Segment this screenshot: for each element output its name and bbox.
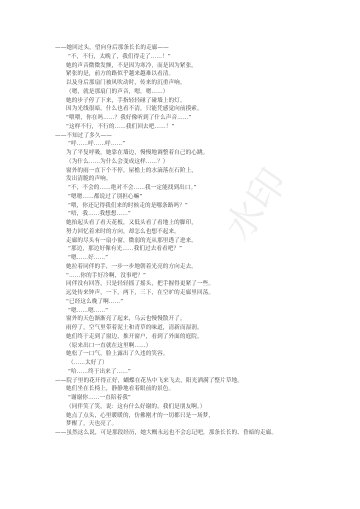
text-line: “……你的手好冷啊，没事吧？” <box>55 272 313 281</box>
text-line: “这样不行，不行的……我们回去吧……！” <box>55 123 313 132</box>
text-line: “哈……终于出来了……” <box>55 368 313 377</box>
text-line: 为了平复呼吸，她靠在墙边，慢慢地调整着自己的心跳。 <box>55 149 313 158</box>
text-line: 她松了一口气，脸上露出了久违的笑容。 <box>55 350 313 359</box>
text-line: 同伴没有回答，只是轻轻摇了摇头，把手握得更紧了一些。 <box>55 280 313 289</box>
text-line: （同伴笑了笑，说：这有什么好谢的，我们是朋友啊。） <box>55 403 313 412</box>
text-line: （嗯，就是那扇门的声音，嗯，嗯……） <box>55 88 313 97</box>
text-line: “谢谢你……一直陪着我” <box>55 394 313 403</box>
text-line: 努力回忆着来时的方向，却怎么也想不起来。 <box>55 228 313 237</box>
text-line: 她点了点头，心里暖暖的，仿佛刚才的一切都只是一场梦， <box>55 412 313 421</box>
text-line: 她拉着同伴的手，一步一步地朝着光亮的方向走去。 <box>55 263 313 272</box>
text-line: “嗯……嗯……” <box>55 307 313 316</box>
text-line: 窗外的雨一直下个不停，屋檐上的水滴落在石阶上， <box>55 167 313 176</box>
text-line: 发出清脆的声响。 <box>55 175 313 184</box>
text-line: 她的步子停了下来，手指轻轻碰了碰墙上的灯。 <box>55 97 313 106</box>
text-line: ——院子里的花开得正好，蝴蝶在花丛中飞来飞去，阳光洒满了整片草地。 <box>55 377 313 386</box>
text-line: 远处传来钟声，一下，两下，三下，在空旷的走廊里回荡。 <box>55 289 313 298</box>
text-line: ——她回过头，望向身后那条长长的走廊—— <box>55 44 313 53</box>
text-line: “不，不行，太晚了，我们得走了……！” <box>55 53 313 62</box>
text-line: 窗外的天色渐渐亮了起来，乌云也慢慢散开了。 <box>55 315 313 324</box>
text-line: ——虽然这么说，可是那段经历，她大概永远也不会忘记吧，那条长长的、昏暗的走廊。 <box>55 429 313 438</box>
text-line: 梦醒了，天也亮了。 <box>55 420 313 429</box>
text-line: “不，不会的……绝对不会……我一定能找到出口。” <box>55 184 313 193</box>
text-line: 走廊的尽头有一扇小窗，微弱的光从那里透了进来。 <box>55 237 313 246</box>
text-line: “那边，那边好像有光……我们过去看看吧？” <box>55 245 313 254</box>
text-line: “嗯……好……” <box>55 254 313 263</box>
text-line: 她们终于走到了窗边，推开窗户，看到了外面的庭院。 <box>55 333 313 342</box>
text-line: “唔，我……我想想……” <box>55 210 313 219</box>
text-line: “呼……呼……呼……” <box>55 140 313 149</box>
document-page: ——她回过头，望向身后那条长长的走廊——“不，不行，太晚了，我们得走了……！”她… <box>55 44 313 438</box>
text-line: 她抬起头看了看天花板，又低头看了看地上的脚印， <box>55 219 313 228</box>
text-line: 她的声音微微发颤，不是因为寒冷，而是因为紧张。 <box>55 62 313 71</box>
text-line: “喂，你还记得我们来的时候走的是哪条路吗？” <box>55 202 313 211</box>
text-line: （为什么……为什么会变成这样……？） <box>55 158 313 167</box>
text-line: 她们坐在长椅上，静静地看着眼前的景色。 <box>55 385 313 394</box>
text-line: （……太好了） <box>55 359 313 368</box>
text-line: “已经这么晚了啊……” <box>55 298 313 307</box>
text-line: 紧张的是，前方的路似乎越来越难以看清。 <box>55 70 313 79</box>
text-line: 雨停了，空气里带着泥土和青草的味道，清新而湿润。 <box>55 324 313 333</box>
text-line: ——不知过了多久—— <box>55 132 313 141</box>
text-line: “喂喂，你在吗……？我好像听到了什么声音……” <box>55 114 313 123</box>
text-line: 以及身后那扇门被风吹动时，传来的沉重声响。 <box>55 79 313 88</box>
text-line: “嗯嗯……都说过了别担心嘛” <box>55 193 313 202</box>
text-line: 因为光线很暗，什么也看不清，只能凭感觉向前摸索。 <box>55 105 313 114</box>
text-line: （原来出口一直就在这里啊……） <box>55 342 313 351</box>
